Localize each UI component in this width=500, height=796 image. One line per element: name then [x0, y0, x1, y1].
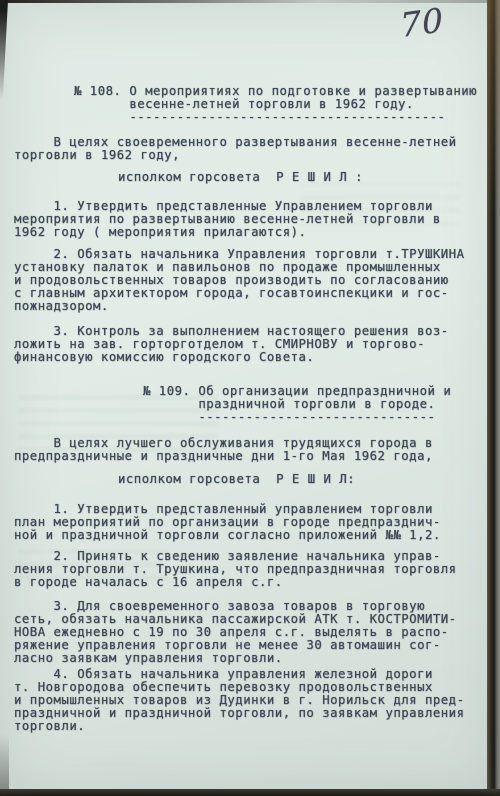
scanned-document-photo: 70 № 108. О мероприятиях по подготовке и… — [0, 0, 500, 796]
resolution-109-item-3: 3. Для своевременного завоза товаров в т… — [14, 600, 484, 665]
photo-edge-bottom — [0, 789, 500, 796]
resolution-109-item-4: 4. Обязать начальника управления железно… — [14, 668, 484, 733]
resolution-108-item-1: 1. Утвердить представленные Управлением … — [14, 200, 484, 239]
resolution-109-item-1: 1. Утвердить представленный управлением … — [14, 503, 484, 542]
resolution-108-resolved-line: исполком горсовета Р Е Ш И Л : — [118, 171, 484, 184]
handwritten-page-number: 70 — [399, 0, 461, 45]
resolution-109-intro: В целях лучшего обслуживания трудящихся … — [14, 437, 484, 463]
photo-edge-right — [487, 0, 500, 796]
resolution-109-resolved-line: исполком горсовета Р Е Ш И Л: — [118, 473, 484, 486]
resolution-108-intro: В целях своевременного развертывания вес… — [14, 136, 484, 162]
photo-edge-left-top — [0, 0, 8, 100]
resolution-108-item-2: 2. Обязать начальника Управления торговл… — [14, 248, 484, 313]
resolution-108-heading: № 108. О мероприятиях по подготовке и ра… — [74, 85, 484, 124]
resolution-108-item-3: 3. Контроль за выполнением настоящего ре… — [14, 325, 484, 364]
typed-page-content: № 108. О мероприятиях по подготовке и ра… — [14, 85, 484, 733]
photo-edge-top — [0, 0, 488, 3]
photo-edge-bottom-left — [0, 734, 9, 789]
resolution-109-heading: № 109. Об организации предпраздничной и … — [143, 385, 484, 424]
resolution-109-item-2: 2. Принять к сведению заявление начальни… — [14, 550, 484, 589]
